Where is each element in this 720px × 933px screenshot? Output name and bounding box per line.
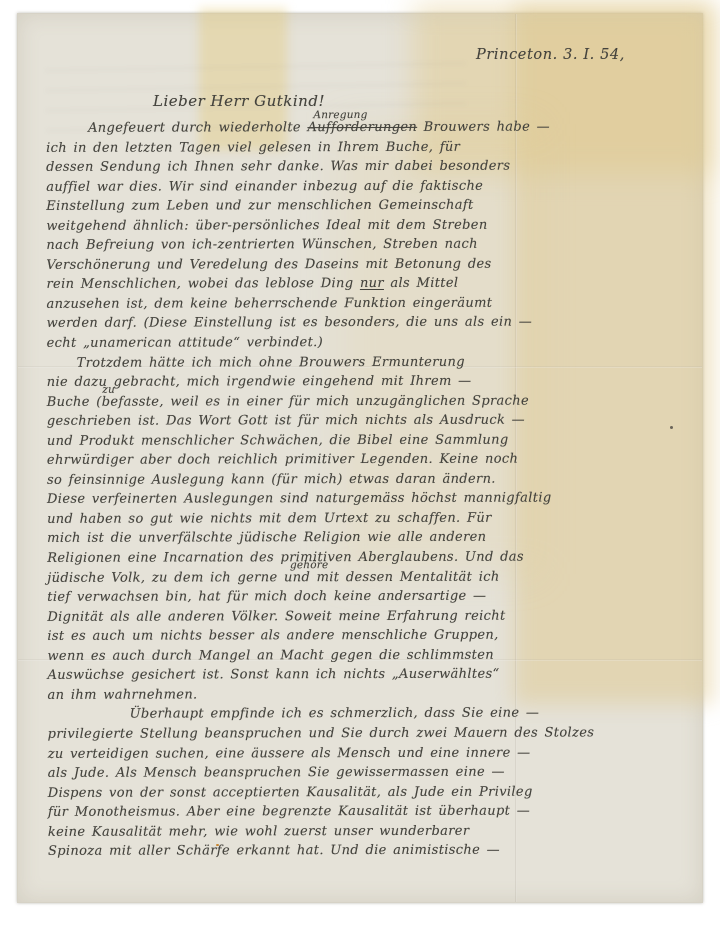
letter-line: wenn es auch durch Mangel an Macht gegen…: [47, 645, 695, 666]
line-text: Angefeuert durch wiederholte: [88, 120, 307, 136]
line-text: als Mittel: [384, 276, 459, 291]
line-text: und mit dessen Mentalität ich: [284, 569, 500, 585]
line-text: jüdische Volk, zu dem ich gerne: [47, 570, 284, 586]
letter-line: Buche zu(befasste, weil es in einer für …: [47, 391, 695, 412]
letter-line: Angefeuert durch wiederholte Aufforderun…: [46, 117, 694, 138]
letter-line: so feinsinnige Auslegung kann (für mich)…: [47, 469, 695, 490]
letter-line: jüdische Volk, zu dem ich gerne gehöre u…: [47, 567, 695, 588]
letter-page: Princeton. 3. I. 54, Lieber Herr Gutkind…: [17, 13, 703, 903]
correction: AufforderungenAnregung: [307, 120, 417, 135]
line-text: rein Menschlichen, wobei das leblose Din…: [46, 276, 360, 292]
letter-line: nach Befreiung von ich-zentrierten Wünsc…: [46, 234, 694, 255]
scanned-letter: Princeton. 3. I. 54, Lieber Herr Gutkind…: [0, 0, 720, 933]
letter-line: nie dazu gebracht, mich irgendwie eingeh…: [47, 371, 695, 392]
letter-line: ehrwürdiger aber doch reichlich primitiv…: [47, 449, 695, 470]
letter-line: Trotzdem hätte ich mich ohne Brouwers Er…: [47, 352, 695, 373]
letter-line: ich in den letzten Tagen viel gelesen in…: [46, 137, 694, 158]
letter-line: privilegierte Stellung beanspruchen und …: [48, 723, 696, 744]
letter-line: Auswüchse gesichert ist. Sonst kann ich …: [47, 664, 695, 685]
letter-line: Dispens von der sonst acceptierten Kausa…: [48, 782, 696, 803]
letter-line: weitgehend ähnlich: über-persönliches Id…: [46, 215, 694, 236]
letter-line: Spinoza mit aller Schärfe erkannt hat. U…: [48, 840, 696, 861]
struck-word: Aufforderungen: [307, 120, 417, 135]
underlined-word: nur: [360, 276, 384, 291]
line-text: (befasste, weil es in einer für mich unz…: [96, 393, 529, 409]
correction: zu(befasste, weil es in einer für mich u…: [96, 393, 529, 409]
inserted-word: gehöre: [290, 560, 328, 570]
letter-line: mich ist die unverfälschte jüdische Reli…: [47, 528, 695, 549]
letter-line: rein Menschlichen, wobei das leblose Din…: [46, 274, 694, 295]
letter-line: Dignität als alle anderen Völker. Soweit…: [47, 606, 695, 627]
letter-line: an ihm wahrnehmen.: [48, 684, 696, 705]
letter-line: echt „unamerican attitude“ verbindet.): [47, 332, 695, 353]
letter-line: zu verteidigen suchen, eine äussere als …: [48, 743, 696, 764]
inserted-word: Anregung: [313, 110, 367, 120]
letter-line: keine Kausalität mehr, wie wohl zuerst u…: [48, 821, 696, 842]
letter-line: werden darf. (Diese Einstellung ist es b…: [47, 313, 695, 334]
letter-line: ist es auch um nichts besser als andere …: [47, 625, 695, 646]
letter-line: Überhaupt empfinde ich es schmerzlich, d…: [48, 704, 696, 725]
letter-line: Verschönerung und Veredelung des Daseins…: [46, 254, 694, 275]
letter-line: tief verwachsen bin, hat für mich doch k…: [47, 586, 695, 607]
letter-body: Angefeuert durch wiederholte Aufforderun…: [46, 117, 696, 861]
letter-line: Einstellung zum Leben und zur menschlich…: [46, 195, 694, 216]
date-line: Princeton. 3. I. 54,: [476, 47, 625, 63]
letter-line: anzusehen ist, dem keine beherrschende F…: [46, 293, 694, 314]
inserted-word: zu: [102, 384, 115, 394]
salutation: Lieber Herr Gutkind!: [153, 92, 325, 110]
letter-line: Religionen eine Incarnation des primitiv…: [47, 547, 695, 568]
letter-line: dessen Sendung ich Ihnen sehr danke. Was…: [46, 156, 694, 177]
line-text: Buche: [47, 394, 97, 409]
letter-line: Diese verfeinerten Auslegungen sind natu…: [47, 489, 695, 510]
letter-line: und haben so gut wie nichts mit dem Urte…: [47, 508, 695, 529]
letter-line: und Produkt menschlicher Schwächen, die …: [47, 430, 695, 451]
letter-line: für Monotheismus. Aber eine begrenzte Ka…: [48, 801, 696, 822]
letter-line: geschrieben ist. Das Wort Gott ist für m…: [47, 410, 695, 431]
letter-line: auffiel war dies. Wir sind einander inbe…: [46, 176, 694, 197]
letter-line: als Jude. Als Mensch beanspruchen Sie ge…: [48, 762, 696, 783]
correction: gehöre und mit dessen Mentalität ich: [284, 569, 500, 585]
line-text: Brouwers habe —: [417, 120, 550, 135]
